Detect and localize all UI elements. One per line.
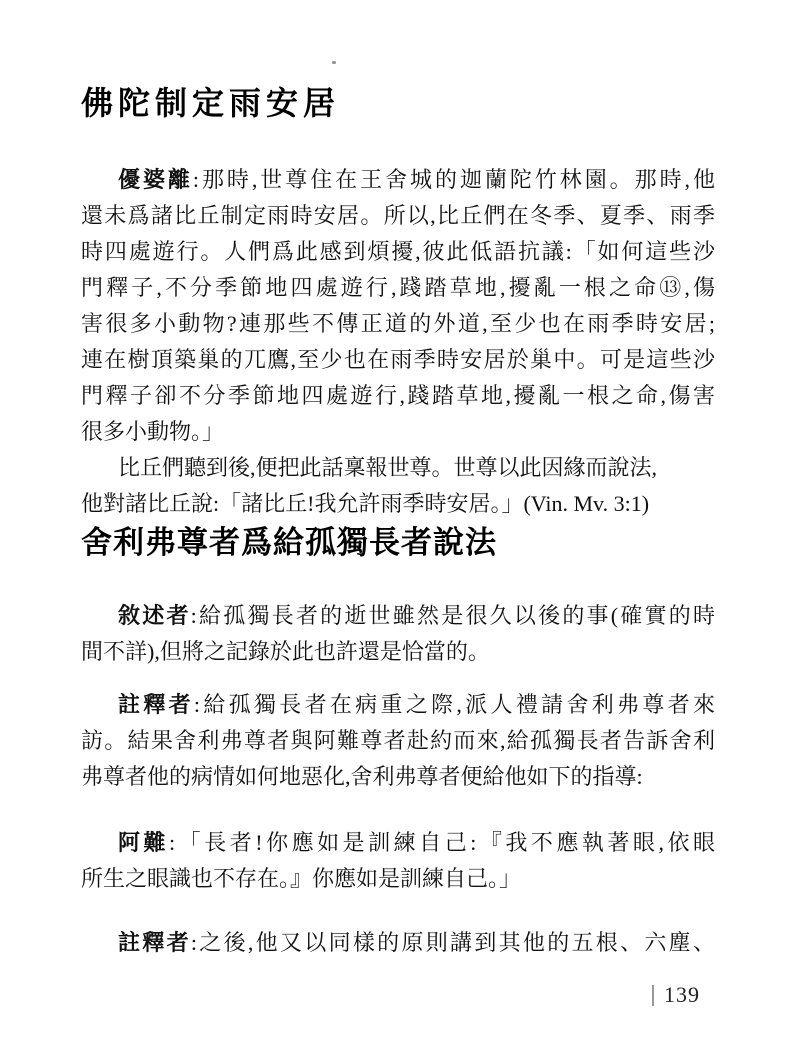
text-line: 訪。結果舍利弗尊者與阿難尊者赴約而來,給孤獨長者告訴舍利 [81,723,715,759]
text-line: 弗尊者他的病情如何地惡化,舍利弗尊者便給他如下的指導: [81,759,715,795]
paragraph-commentator-2: 註釋者:之後,他又以同樣的原則講到其他的五根、六塵、 [81,925,715,961]
paragraph-narrator: 敘述者:給孤獨長者的逝世雖然是很久以後的事(確實的時 間不詳),但將之記錄於此也… [81,598,715,670]
text-line: 還未爲諸比丘制定雨時安居。所以,比丘們在冬季、夏季、雨季 [81,198,715,234]
speaker-label: 敘述者 [118,603,191,628]
text-line: 優婆離:那時,世尊住在王舍城的迦蘭陀竹林園。那時,他 [81,162,715,198]
page-number-divider [652,985,654,1006]
paragraph-ananda: 阿難:「長者!你應如是訓練自己:『我不應執著眼,依眼 所生之眼識也不存在。』你應… [81,825,715,897]
text-line: 門釋子,不分季節地四處遊行,踐踏草地,擾亂一根之命⑬,傷 [81,270,715,306]
page-footer: 139 [652,983,700,1007]
section-heading-rain-retreat: 佛陀制定雨安居 [81,84,715,122]
page-number: 139 [664,983,700,1007]
speaker-label: 註釋者 [118,692,194,717]
text-line: 連在樹頂築巢的兀鷹,至少也在雨季時安居於巢中。可是這些沙 [81,342,715,378]
text-line: 比丘們聽到後,便把此話稟報世尊。世尊以此因緣而說法, [81,450,715,486]
text-line-rest: :「長者!你應如是訓練自己:『我不應執著眼,依眼 [169,830,715,855]
text-line: 敘述者:給孤獨長者的逝世雖然是很久以後的事(確實的時 [81,598,715,634]
speaker-label: 優婆離 [118,167,193,192]
text-line: 所生之眼識也不存在。』你應如是訓練自己。」 [81,861,715,897]
text-line-rest: :給孤獨長者在病重之際,派人禮請舍利弗尊者來 [194,692,715,717]
text-line-rest: :之後,他又以同樣的原則講到其他的五根、六塵、 [191,930,715,955]
text-line: 他對諸比丘說:「諸比丘!我允許雨季時安居。」(Vin. Mv. 3:1) [81,486,715,522]
text-line: 註釋者:之後,他又以同樣的原則講到其他的五根、六塵、 [81,925,715,961]
text-line: 害很多小動物?連那些不傳正道的外道,至少也在雨季時安居; [81,306,715,342]
page-content: 佛陀制定雨安居 優婆離:那時,世尊住在王舍城的迦蘭陀竹林園。那時,他 還未爲諸比… [81,84,715,961]
text-line-rest: :那時,世尊住在王舍城的迦蘭陀竹林園。那時,他 [193,167,715,192]
text-line-rest: :給孤獨長者的逝世雖然是很久以後的事(確實的時 [191,603,715,628]
text-line: 間不詳),但將之記錄於此也許還是恰當的。 [81,634,715,670]
scan-artifact-dot [332,61,336,64]
document-page: 佛陀制定雨安居 優婆離:那時,世尊住在王舍城的迦蘭陀竹林園。那時,他 還未爲諸比… [0,0,792,1056]
text-line: 註釋者:給孤獨長者在病重之際,派人禮請舍利弗尊者來 [81,687,715,723]
text-line: 很多小動物。」 [81,414,715,450]
speaker-label: 註釋者 [118,930,191,955]
paragraph-bhikkhus-report: 比丘們聽到後,便把此話稟報世尊。世尊以此因緣而說法, 他對諸比丘說:「諸比丘!我… [81,450,715,522]
paragraph-commentator-1: 註釋者:給孤獨長者在病重之際,派人禮請舍利弗尊者來 訪。結果舍利弗尊者與阿難尊者… [81,687,715,795]
section-heading-sariputta: 舍利弗尊者爲給孤獨長者說法 [81,524,715,562]
text-line: 門釋子卻不分季節地四處遊行,踐踏草地,擾亂一根之命,傷害 [81,378,715,414]
paragraph-upali: 優婆離:那時,世尊住在王舍城的迦蘭陀竹林園。那時,他 還未爲諸比丘制定雨時安居。… [81,162,715,450]
text-line: 阿難:「長者!你應如是訓練自己:『我不應執著眼,依眼 [81,825,715,861]
speaker-label: 阿難 [118,830,169,855]
text-line: 時四處遊行。人們爲此感到煩擾,彼此低語抗議:「如何這些沙 [81,234,715,270]
